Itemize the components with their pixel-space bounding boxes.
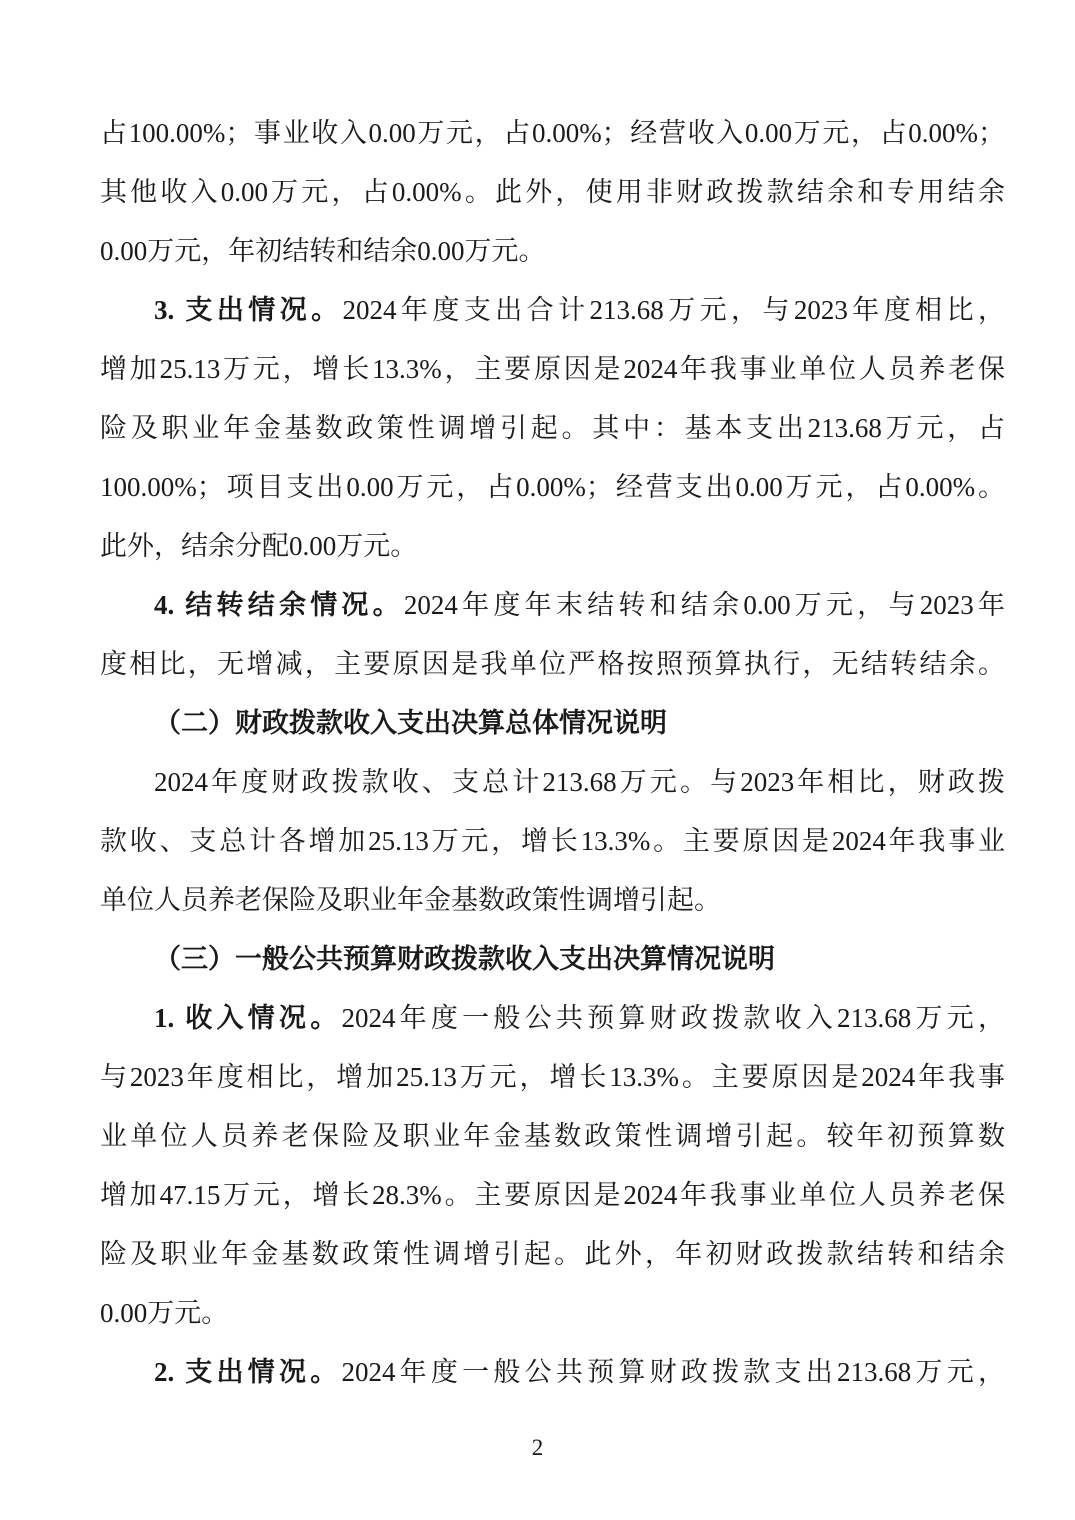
text-line: 0.00万元。	[100, 1284, 1005, 1343]
text-line: 3. 支出情况。2024年度支出合计213.68万元，与2023年度相比，	[100, 281, 1005, 340]
text-line: 单位人员养老保险及职业年金基数政策性调增引起。	[100, 871, 1005, 930]
body-text: 其他收入0.00万元，占0.00%。此外，使用非财政拨款结余和专用结余	[100, 177, 1005, 207]
text-line: 100.00%；项目支出0.00万元，占0.00%；经营支出0.00万元，占0.…	[100, 458, 1005, 517]
text-line: 险及职业年金基数政策性调增引起。其中：基本支出213.68万元，占	[100, 399, 1005, 458]
bold-lead-text: （二）财政拨款收入支出决算总体情况说明	[154, 708, 667, 738]
text-line: 险及职业年金基数政策性调增引起。此外，年初财政拨款结转和结余	[100, 1225, 1005, 1284]
body-text: 2024年度支出合计213.68万元，与2023年度相比，	[343, 295, 1005, 325]
body-text: 增加47.15万元，增长28.3%。主要原因是2024年我事业单位人员养老保	[100, 1180, 1005, 1210]
body-text: 单位人员养老保险及职业年金基数政策性调增引起。	[100, 885, 721, 915]
body-text: 0.00万元。	[100, 1298, 228, 1328]
text-line: 1. 收入情况。2024年度一般公共预算财政拨款收入213.68万元，	[100, 989, 1005, 1048]
body-text: 险及职业年金基数政策性调增引起。此外，年初财政拨款结转和结余	[100, 1239, 1005, 1269]
body-text: 2024年度一般公共预算财政拨款支出213.68万元，	[341, 1357, 1005, 1387]
body-text: 0.00万元，年初结转和结余0.00万元。	[100, 236, 546, 266]
text-line: 款收、支总计各增加25.13万元，增长13.3%。主要原因是2024年我事业	[100, 812, 1005, 871]
body-text: 险及职业年金基数政策性调增引起。其中：基本支出213.68万元，占	[100, 413, 1005, 443]
document-page: 占100.00%；事业收入0.00万元，占0.00%；经营收入0.00万元，占0…	[0, 0, 1075, 1520]
body-text: 增加25.13万元，增长13.3%，主要原因是2024年我事业单位人员养老保	[100, 354, 1005, 384]
text-line: 4. 结转结余情况。2024年度年末结转和结余0.00万元，与2023年	[100, 576, 1005, 635]
text-line: 增加47.15万元，增长28.3%。主要原因是2024年我事业单位人员养老保	[100, 1166, 1005, 1225]
text-line: 业单位人员养老保险及职业年金基数政策性调增引起。较年初预算数	[100, 1107, 1005, 1166]
bold-lead-text: 2. 支出情况。	[154, 1357, 341, 1387]
body-text: 此外，结余分配0.00万元。	[100, 531, 417, 561]
text-line: 增加25.13万元，增长13.3%，主要原因是2024年我事业单位人员养老保	[100, 340, 1005, 399]
body-text: 2024年度财政拨款收、支总计213.68万元。与2023年相比，财政拨	[154, 767, 1005, 797]
text-line: 占100.00%；事业收入0.00万元，占0.00%；经营收入0.00万元，占0…	[100, 104, 1005, 163]
body-text: 度相比，无增减，主要原因是我单位严格按照预算执行，无结转结余。	[100, 649, 1005, 679]
bold-lead-text: 4. 结转结余情况。	[154, 590, 404, 620]
body-text: 100.00%；项目支出0.00万元，占0.00%；经营支出0.00万元，占0.…	[100, 472, 1005, 502]
text-line: 度相比，无增减，主要原因是我单位严格按照预算执行，无结转结余。	[100, 635, 1005, 694]
document-body: 占100.00%；事业收入0.00万元，占0.00%；经营收入0.00万元，占0…	[100, 104, 1005, 1402]
body-text: 2024年度年末结转和结余0.00万元，与2023年	[404, 590, 1005, 620]
body-text: 业单位人员养老保险及职业年金基数政策性调增引起。较年初预算数	[100, 1121, 1005, 1151]
text-line: 2024年度财政拨款收、支总计213.68万元。与2023年相比，财政拨	[100, 753, 1005, 812]
text-line: （二）财政拨款收入支出决算总体情况说明	[100, 694, 1005, 753]
bold-lead-text: （三）一般公共预算财政拨款收入支出决算情况说明	[154, 944, 775, 974]
text-line: 与2023年度相比，增加25.13万元，增长13.3%。主要原因是2024年我事	[100, 1048, 1005, 1107]
bold-lead-text: 3. 支出情况。	[154, 295, 343, 325]
text-line: 此外，结余分配0.00万元。	[100, 517, 1005, 576]
bold-lead-text: 1. 收入情况。	[154, 1003, 341, 1033]
body-text: 款收、支总计各增加25.13万元，增长13.3%。主要原因是2024年我事业	[100, 826, 1005, 856]
text-line: （三）一般公共预算财政拨款收入支出决算情况说明	[100, 930, 1005, 989]
text-line: 其他收入0.00万元，占0.00%。此外，使用非财政拨款结余和专用结余	[100, 163, 1005, 222]
body-text: 2024年度一般公共预算财政拨款收入213.68万元，	[341, 1003, 1005, 1033]
body-text: 占100.00%；事业收入0.00万元，占0.00%；经营收入0.00万元，占0…	[100, 118, 1005, 148]
body-text: 与2023年度相比，增加25.13万元，增长13.3%。主要原因是2024年我事	[100, 1062, 1005, 1092]
text-line: 2. 支出情况。2024年度一般公共预算财政拨款支出213.68万元，	[100, 1343, 1005, 1402]
text-line: 0.00万元，年初结转和结余0.00万元。	[100, 222, 1005, 281]
page-number: 2	[0, 1433, 1075, 1463]
